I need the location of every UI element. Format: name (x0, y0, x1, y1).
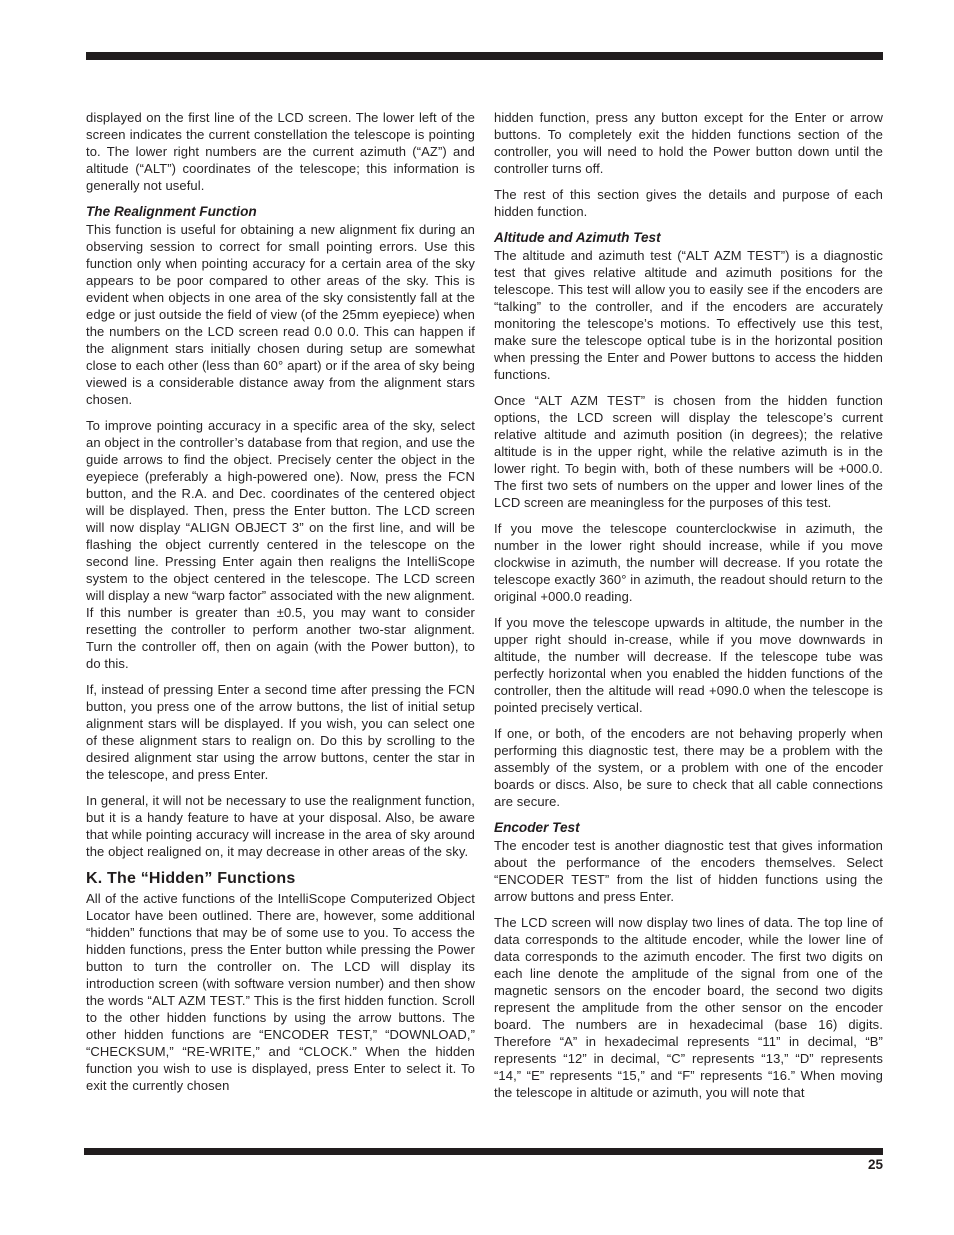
encoder-test-heading: Encoder Test (494, 819, 883, 836)
page-number: 25 (868, 1157, 883, 1172)
header-rule (86, 52, 883, 60)
paragraph-improve-pointing-accuracy: To improve pointing accuracy in a specif… (86, 417, 475, 672)
paragraph-realignment-summary: In general, it will not be necessary to … (86, 792, 475, 860)
footer-rule (84, 1148, 883, 1155)
paragraph-encoder-test-data: The LCD screen will now display two line… (494, 914, 883, 1101)
altitude-azimuth-test-heading: Altitude and Azimuth Test (494, 229, 883, 246)
paragraph-encoder-test-intro: The encoder test is another diagnostic t… (494, 837, 883, 905)
paragraph-hidden-functions-intro: All of the active functions of the Intel… (86, 890, 475, 1094)
page-body: displayed on the first line of the LCD s… (86, 109, 883, 1110)
paragraph-altitude-movement: If you move the telescope upwards in alt… (494, 614, 883, 716)
paragraph-realignment-purpose: This function is useful for obtaining a … (86, 221, 475, 408)
paragraph-exit-hidden-function: hidden function, press any button except… (494, 109, 883, 177)
paragraph-alt-azm-test-description: The altitude and azimuth test (“ALT AZM … (494, 247, 883, 383)
paragraph-lcd-display-info: displayed on the first line of the LCD s… (86, 109, 475, 194)
hidden-functions-section-heading: K. The “Hidden” Functions (86, 869, 475, 888)
right-column: hidden function, press any button except… (494, 109, 883, 1110)
manual-page: { "page": { "number": "25" }, "columns":… (0, 0, 954, 1235)
paragraph-encoder-troubleshooting: If one, or both, of the encoders are not… (494, 725, 883, 810)
paragraph-section-overview: The rest of this section gives the detai… (494, 186, 883, 220)
paragraph-alt-azm-test-display: Once “ALT AZM TEST” is chosen from the h… (494, 392, 883, 511)
paragraph-azimuth-movement: If you move the telescope counterclockwi… (494, 520, 883, 605)
left-column: displayed on the first line of the LCD s… (86, 109, 475, 1110)
paragraph-arrow-buttons-realign: If, instead of pressing Enter a second t… (86, 681, 475, 783)
realignment-function-heading: The Realignment Function (86, 203, 475, 220)
